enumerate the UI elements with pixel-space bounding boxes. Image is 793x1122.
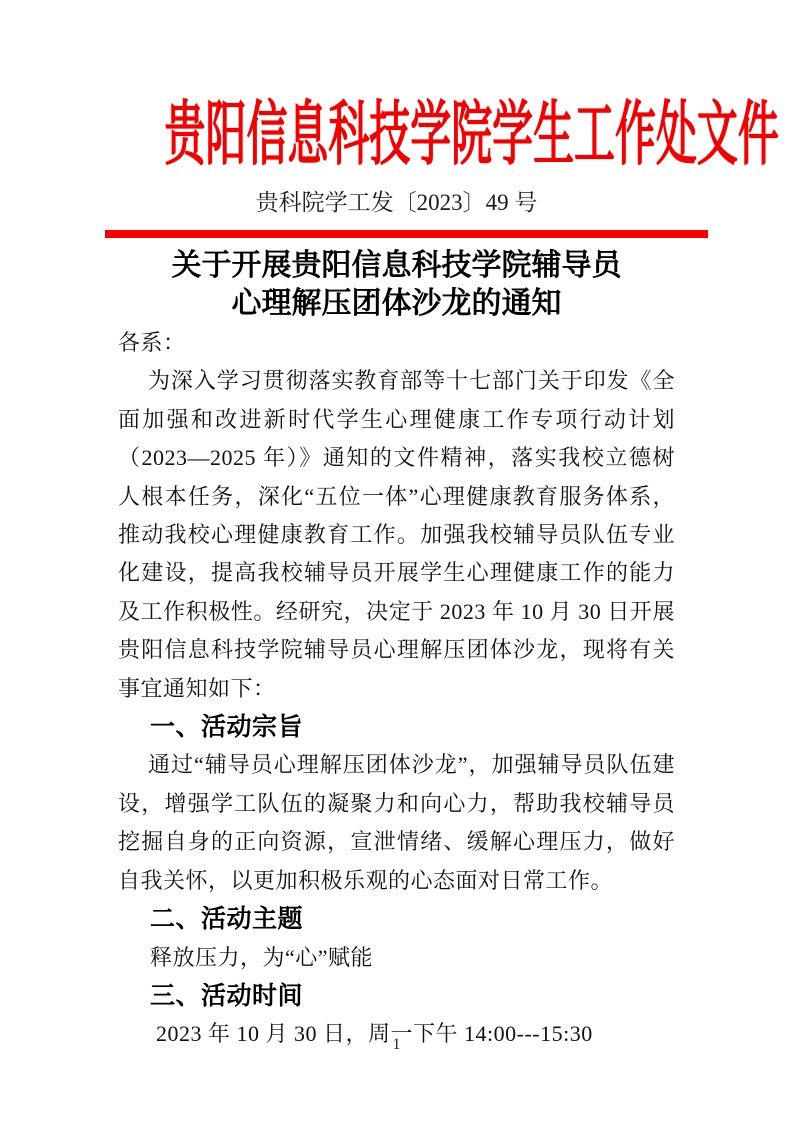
page-number: 1 [0,1036,793,1054]
intro-paragraph: 为深入学习贯彻落实教育部等十七部门关于印发《全面加强和改进新时代学生心理健康工作… [118,362,675,708]
letterhead-org-title: 贵阳信息科技学院学生工作处文件 [165,95,629,177]
document-title-line1: 关于开展贵阳信息科技学院辅导员 [172,249,622,282]
document-number: 贵科院学工发〔2023〕49 号 [0,188,793,218]
section-3-heading: 三、活动时间 [118,977,675,1015]
document-page: 贵阳信息科技学院学生工作处文件 贵科院学工发〔2023〕49 号 关于开展贵阳信… [0,0,793,1122]
section-1-heading: 一、活动宗旨 [118,708,675,746]
document-title-line2: 心理解压团体沙龙的通知 [232,287,562,320]
document-body: 各系： 为深入学习贯彻落实教育部等十七部门关于印发《全面加强和改进新时代学生心理… [118,324,675,1054]
red-divider-rule [105,230,708,238]
section-2-body: 释放压力，为“心”赋能 [118,939,675,977]
document-title: 关于开展贵阳信息科技学院辅导员 心理解压团体沙龙的通知 [0,247,793,323]
salutation: 各系： [118,324,675,362]
section-1-body: 通过“辅导员心理解压团体沙龙”，加强辅导员队伍建设，增强学工队伍的凝聚力和向心力… [118,746,675,900]
section-2-heading: 二、活动主题 [118,900,675,938]
